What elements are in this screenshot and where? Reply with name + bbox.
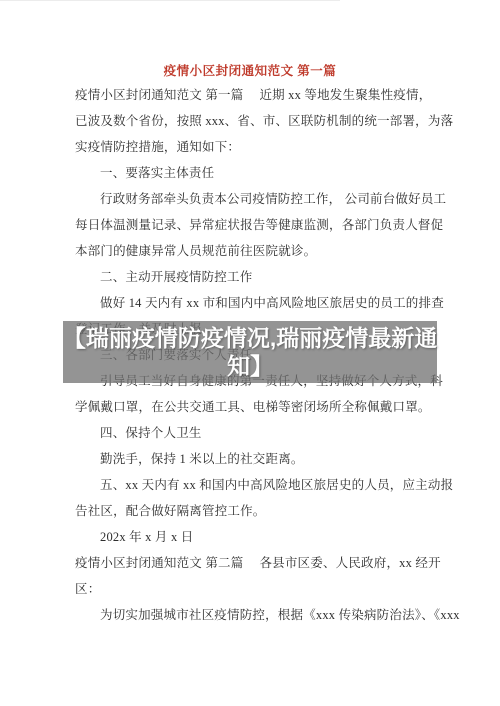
doc-line: 告社区，配合做好隔离管控工作。: [75, 498, 428, 524]
doc-line: 每日体温测量记录、异常症状报告等健康监测，各部门负责人督促: [75, 212, 428, 238]
doc-line: 本部门的健康异常人员规范前往医院就诊。: [75, 238, 428, 264]
doc-line: 为切实加强城市社区疫情防控，根据《xxx 传染病防治法》、《xxx: [75, 602, 428, 628]
doc-line: 实疫情防控措施，通知如下：: [75, 134, 428, 160]
watermark-overlay-banner: 【瑞丽疫情防疫情况,瑞丽疫情最新通 知】: [63, 321, 437, 383]
doc-line: 做好 14 天内有 xx 市和国内中高风险地区旅居史的员工的排查: [75, 290, 428, 316]
doc-line: 疫情小区封闭通知范文 第二篇 各县市区委、人民政府，xx 经开: [75, 550, 428, 576]
page-top-edge: [0, 0, 340, 1]
doc-line: 二、主动开展疫情防控工作: [75, 264, 428, 290]
doc-line: 学佩戴口罩，在公共交通工具、电梯等密闭场所全称佩戴口罩。: [75, 394, 428, 420]
doc-line: 已波及数个省份，按照 xxx、省、市、区联防机制的统一部署，为落: [75, 108, 428, 134]
doc-line: 区：: [75, 576, 428, 602]
doc-line: 202x 年 x 月 x 日: [75, 524, 428, 550]
doc-line: 勤洗手，保持 1 米以上的社交距离。: [75, 446, 428, 472]
document-title: 疫情小区封闭通知范文 第一篇: [0, 61, 500, 79]
document-page: 疫情小区封闭通知范文 第一篇 疫情小区封闭通知范文 第一篇 近期 xx 等地发生…: [0, 0, 500, 706]
doc-line: 行政财务部牵头负责本公司疫情防控工作， 公司前台做好员工: [75, 186, 428, 212]
doc-line: 一、要落实主体责任: [75, 160, 428, 186]
doc-line: 五、xx 天内有 xx 和国内中高风险地区旅居史的人员，应主动报: [75, 472, 428, 498]
overlay-title-line-1: 【瑞丽疫情防疫情况,瑞丽疫情最新通: [63, 324, 437, 352]
doc-line: 四、保持个人卫生: [75, 420, 428, 446]
overlay-title-line-2: 知】: [227, 352, 273, 380]
doc-line: 疫情小区封闭通知范文 第一篇 近期 xx 等地发生聚集性疫情，: [75, 82, 428, 108]
